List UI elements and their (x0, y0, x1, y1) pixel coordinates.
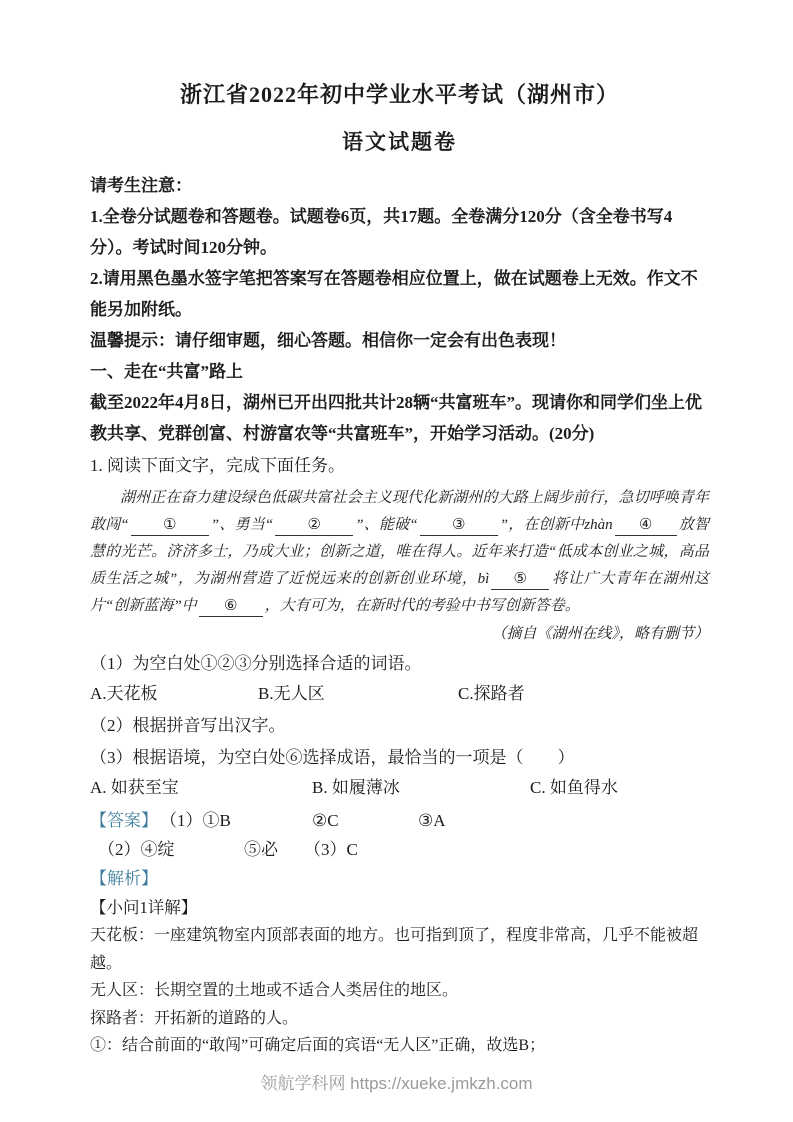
site-watermark: 领航学科网 https://xueke.jmkzh.com (0, 1069, 793, 1094)
analysis-label: 【解析】 (90, 864, 709, 893)
blank-underline-6: ⑥ (199, 596, 263, 617)
option-c: C.探路者 (458, 679, 525, 709)
notice-tip: 温馨提示：请仔细审题，细心答题。相信你一定会有出色表现！ (90, 325, 709, 356)
passage-text: ”、能破“ (355, 517, 417, 533)
circled-number-4: ④ (639, 517, 652, 533)
explanation-line: 天花板：一座建筑物室内顶部表面的地方。也可指到顶了，程度非常高，几乎不能被超越。 (90, 922, 709, 977)
sub-question-2-stem: （2）根据拼音写出汉字。 (90, 711, 709, 741)
answer-cell: ③A (418, 806, 446, 835)
question-1-passage: 湖州正在奋力建设绿色低碳共富社会主义现代化新湖州的大路上阔步前行，急切呼唤青年敢… (90, 485, 709, 620)
passage-source-note: （摘自《湖州在线》，略有删节） (90, 621, 709, 647)
circled-number-2: ② (308, 517, 321, 533)
circled-number-5: ⑤ (514, 571, 527, 587)
sub-question-3-options: A. 如获至宝 B. 如履薄冰 C. 如鱼得水 (90, 773, 709, 803)
sub-answer-1-detail-label: 【小问1详解】 (90, 893, 709, 922)
option-a: A. 如获至宝 (90, 773, 312, 803)
notice-item-2: 2.请用黑色墨水签字笔把答案写在答题卷相应位置上，做在试题卷上无效。作文不能另加… (90, 263, 709, 325)
exam-document-page: 浙江省2022年初中学业水平考试（湖州市） 语文试题卷 请考生注意： 1.全卷分… (0, 0, 793, 1122)
option-b: B. 如履薄冰 (312, 773, 530, 803)
explanation-line: 探路者：开拓新的道路的人。 (90, 1005, 709, 1033)
passage-text: ，大有可为，在新时代的考验中书写创新答卷。 (265, 598, 580, 614)
answer-cell: ②C (312, 806, 418, 835)
answer-cell: （3）C (304, 835, 358, 864)
option-a: A.天花板 (90, 679, 258, 709)
answer-cell: （2）④绽 (98, 835, 244, 864)
option-b: B.无人区 (258, 679, 458, 709)
blank-underline-5: ⑤ (491, 569, 549, 590)
circled-number-6: ⑥ (224, 598, 237, 614)
blank-underline-4: ④ (615, 515, 677, 536)
page-subtitle: 语文试题卷 (90, 126, 709, 156)
explanation-line: ①：结合前面的“敢闯”可确定后面的宾语“无人区”正确，故选B； (90, 1032, 709, 1060)
notice-heading: 请考生注意： (90, 170, 709, 201)
blank-underline-1: ① (131, 515, 209, 536)
sub-question-3-stem: （3）根据语境，为空白处⑥选择成语，最恰当的一项是（ ） (90, 743, 709, 773)
answer-label: 【答案】 (90, 806, 160, 835)
blank-underline-2: ② (275, 515, 353, 536)
answer-row-1: 【答案】 （1）①B ②C ③A (90, 806, 709, 835)
question-1-stem: 1. 阅读下面文字，完成下面任务。 (90, 451, 709, 481)
circled-number-3: ③ (452, 517, 465, 533)
answer-cell: （1）①B (160, 806, 312, 835)
notice-item-1: 1.全卷分试题卷和答题卷。试题卷6页，共17题。全卷满分120分（含全卷书写4分… (90, 201, 709, 263)
sub-question-1-stem: （1）为空白处①②③分别选择合适的词语。 (90, 649, 709, 679)
page-title: 浙江省2022年初中学业水平考试（湖州市） (90, 78, 709, 109)
answer-row-2: （2）④绽 ⑤必 （3）C (90, 835, 709, 864)
section-one-intro: 截至2022年4月8日，湖州已开出四批共计28辆“共富班车”。现请你和同学们坐上… (90, 387, 709, 449)
option-c: C. 如鱼得水 (530, 773, 618, 803)
sub-question-1-options: A.天花板 B.无人区 C.探路者 (90, 679, 709, 709)
section-one-heading: 一、走在“共富”路上 (90, 356, 709, 387)
circled-number-1: ① (163, 517, 176, 533)
explanation-line: 无人区：长期空置的土地或不适合人类居住的地区。 (90, 977, 709, 1005)
passage-text: ”、勇当“ (211, 517, 273, 533)
passage-text: ”，在创新中zhàn (500, 517, 613, 533)
blank-underline-3: ③ (420, 515, 498, 536)
answer-cell: ⑤必 (244, 835, 304, 864)
